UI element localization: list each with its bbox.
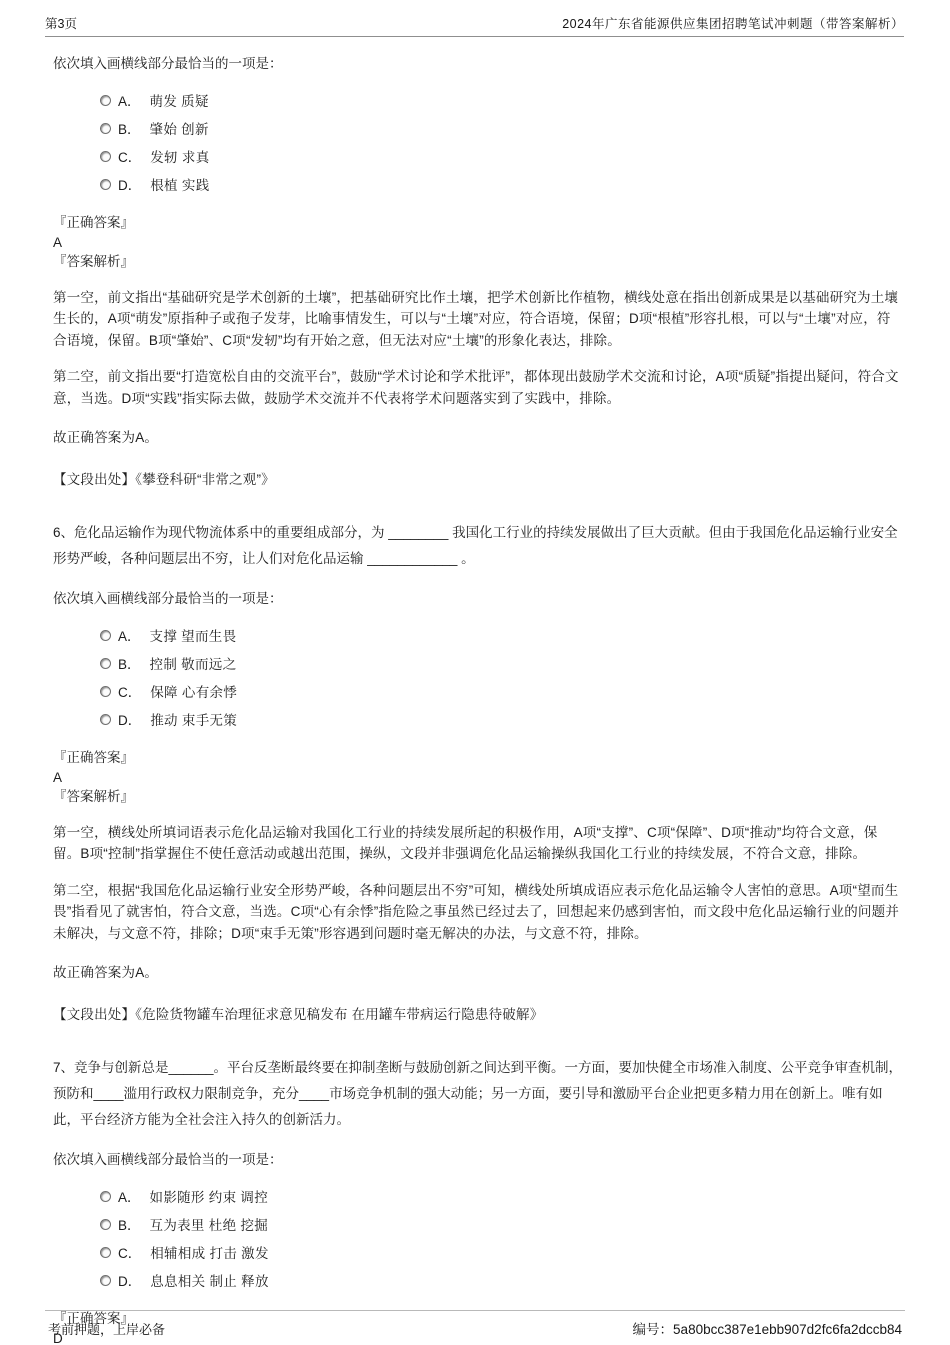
radio-button-icon[interactable] — [100, 123, 111, 134]
analysis-paragraph: 第一空，横线处所填词语表示危化品运输对我国化工行业的持续发展所起的积极作用，A项… — [53, 822, 904, 865]
option-c[interactable]: C． 相辅相成 打击 激发 — [100, 1238, 904, 1266]
document-title: 2024年广东省能源供应集团招聘笔试冲刺题（带答案解析） — [562, 14, 904, 32]
correct-answer-value: A — [53, 233, 904, 253]
option-text: 发轫 求真 — [150, 146, 209, 166]
option-letter: C． — [118, 146, 141, 166]
page-header: 第3页 2024年广东省能源供应集团招聘笔试冲刺题（带答案解析） — [45, 14, 904, 37]
fill-blank-prompt: 依次填入画横线部分最恰当的一项是： — [53, 588, 904, 609]
option-d[interactable]: D． 根植 实践 — [100, 170, 904, 198]
page-number: 第3页 — [45, 14, 77, 32]
analysis-paragraph: 第二空，前文指出要“打造宽松自由的交流平台”，鼓励“学术讨论和学术批评”，都体现… — [53, 366, 904, 409]
option-text: 息息相关 制止 释放 — [150, 1270, 269, 1290]
option-a[interactable]: A． 如影随形 约束 调控 — [100, 1182, 904, 1210]
correct-answer-label: 『正确答案』 — [53, 213, 904, 233]
analysis-paragraph: 第二空，根据“我国危化品运输行业安全形势严峻，各种问题层出不穷”可知，横线处所填… — [53, 880, 904, 945]
option-letter: B． — [118, 118, 141, 138]
option-letter: D． — [118, 709, 141, 729]
option-text: 推动 束手无策 — [150, 709, 237, 729]
option-b[interactable]: B． 肇始 创新 — [100, 114, 904, 142]
radio-button-icon[interactable] — [100, 686, 111, 697]
analysis-label: 『答案解析』 — [53, 252, 904, 272]
option-d[interactable]: D． 推动 束手无策 — [100, 705, 904, 733]
radio-button-icon[interactable] — [100, 1275, 111, 1286]
question-block-6: 6、危化品运输作为现代物流体系中的重要组成部分，为 ________ 我国化工行… — [53, 520, 904, 1025]
options-list: A． 如影随形 约束 调控 B． 互为表里 杜绝 挖掘 C． 相辅相成 打击 激… — [53, 1182, 904, 1294]
source-reference: 【文段出处】《攀登科研“非常之观”》 — [53, 469, 904, 491]
question-block-7: 7、竞争与创新总是______。平台反垄断最终要在抑制垄断与鼓励创新之间达到平衡… — [53, 1055, 904, 1345]
fill-blank-prompt: 依次填入画横线部分最恰当的一项是： — [53, 1149, 904, 1170]
source-reference: 【文段出处】《危险货物罐车治理征求意见稿发布 在用罐车带病运行隐患待破解》 — [53, 1004, 904, 1026]
radio-button-icon[interactable] — [100, 1219, 111, 1230]
document-code: 编号：5a80bcc387e1ebb907d2fc6fa2dccb84 — [633, 1318, 902, 1338]
question-stem: 6、危化品运输作为现代物流体系中的重要组成部分，为 ________ 我国化工行… — [53, 520, 904, 572]
option-text: 保障 心有余悸 — [150, 681, 237, 701]
option-b[interactable]: B． 互为表里 杜绝 挖掘 — [100, 1210, 904, 1238]
option-text: 肇始 创新 — [150, 118, 209, 138]
radio-button-icon[interactable] — [100, 658, 111, 669]
option-text: 萌发 质疑 — [150, 90, 209, 110]
option-letter: A． — [118, 90, 141, 110]
code-value: 5a80bcc387e1ebb907d2fc6fa2dccb84 — [673, 1322, 902, 1337]
options-list: A． 萌发 质疑 B． 肇始 创新 C． 发轫 求真 D． 根植 实践 — [53, 86, 904, 198]
options-list: A． 支撑 望而生畏 B． 控制 敬而远之 C． 保障 心有余悸 D． 推动 束… — [53, 621, 904, 733]
radio-button-icon[interactable] — [100, 714, 111, 725]
radio-button-icon[interactable] — [100, 630, 111, 641]
option-a[interactable]: A． 萌发 质疑 — [100, 86, 904, 114]
option-letter: B． — [118, 1214, 141, 1234]
option-c[interactable]: C． 发轫 求真 — [100, 142, 904, 170]
radio-button-icon[interactable] — [100, 1247, 111, 1258]
radio-button-icon[interactable] — [100, 151, 111, 162]
option-letter: A． — [118, 625, 141, 645]
option-text: 如影随形 约束 调控 — [150, 1186, 269, 1206]
option-letter: B． — [118, 653, 141, 673]
document-page: 第3页 2024年广东省能源供应集团招聘笔试冲刺题（带答案解析） 依次填入画横线… — [0, 0, 950, 1345]
footer-slogan: 考前押题，上岸必备 — [48, 1319, 165, 1338]
conclusion-text: 故正确答案为A。 — [53, 427, 904, 449]
correct-answer-value: A — [53, 768, 904, 788]
question-block-5: 依次填入画横线部分最恰当的一项是： A． 萌发 质疑 B． 肇始 创新 C． 发… — [53, 53, 904, 490]
analysis-label: 『答案解析』 — [53, 787, 904, 807]
radio-button-icon[interactable] — [100, 1191, 111, 1202]
option-c[interactable]: C． 保障 心有余悸 — [100, 677, 904, 705]
option-text: 互为表里 杜绝 挖掘 — [150, 1214, 269, 1234]
option-letter: C． — [118, 681, 141, 701]
fill-blank-prompt: 依次填入画横线部分最恰当的一项是： — [53, 53, 904, 74]
correct-answer-label: 『正确答案』 — [53, 748, 904, 768]
option-b[interactable]: B． 控制 敬而远之 — [100, 649, 904, 677]
option-text: 根植 实践 — [150, 174, 209, 194]
option-letter: D． — [118, 174, 141, 194]
option-letter: C． — [118, 1242, 141, 1262]
option-d[interactable]: D． 息息相关 制止 释放 — [100, 1266, 904, 1294]
option-text: 相辅相成 打击 激发 — [150, 1242, 269, 1262]
option-letter: D． — [118, 1270, 141, 1290]
option-letter: A． — [118, 1186, 141, 1206]
analysis-paragraph: 第一空，前文指出“基础研究是学术创新的土壤”，把基础研究比作土壤，把学术创新比作… — [53, 287, 904, 352]
option-text: 支撑 望而生畏 — [150, 625, 237, 645]
radio-button-icon[interactable] — [100, 95, 111, 106]
conclusion-text: 故正确答案为A。 — [53, 962, 904, 984]
option-a[interactable]: A． 支撑 望而生畏 — [100, 621, 904, 649]
option-text: 控制 敬而远之 — [150, 653, 237, 673]
radio-button-icon[interactable] — [100, 179, 111, 190]
page-footer: 考前押题，上岸必备 编号：5a80bcc387e1ebb907d2fc6fa2d… — [45, 1310, 905, 1338]
code-label: 编号： — [633, 1322, 674, 1337]
question-stem: 7、竞争与创新总是______。平台反垄断最终要在抑制垄断与鼓励创新之间达到平衡… — [53, 1055, 904, 1133]
